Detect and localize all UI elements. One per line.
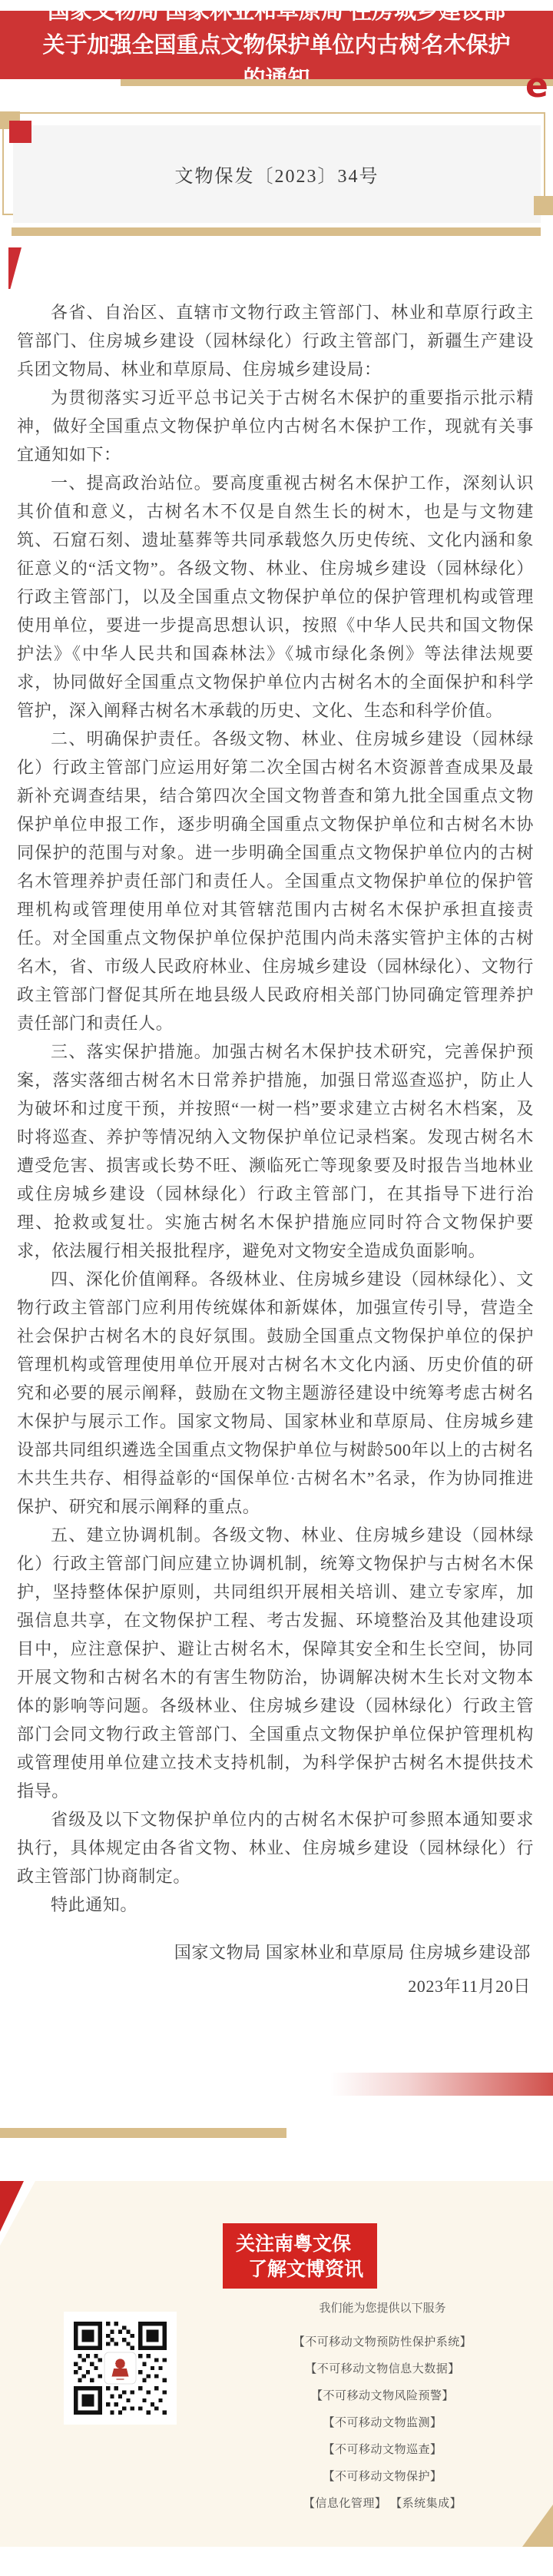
- tan-right-square: [534, 196, 553, 215]
- qr-center-seal-logo: [104, 2352, 136, 2384]
- paragraph-item-2: 二、明确保护责任。各级文物、林业、住房城乡建设（园林绿化）行政主管部门应运用好第…: [17, 725, 534, 1037]
- footer-section: 关注南粤文保 了解文博资讯: [0, 2181, 553, 2547]
- signature-organizations: 国家文物局 国家林业和草原局 住房城乡建设部: [17, 1936, 531, 1970]
- service-item: 【信息化管理】 【系统集成】: [212, 2490, 553, 2517]
- qr-code: [64, 2312, 177, 2425]
- paragraph-item-3: 三、落实保护措施。加强古树名木保护技术研究，完善保护预案，落实落细古树名木日常养…: [17, 1037, 534, 1265]
- services-list: 我们能为您提供以下服务 【不可移动文物预防性保护系统】 【不可移动文物信息大数据…: [212, 2301, 553, 2517]
- service-item: 【不可移动文物风险预警】: [212, 2382, 553, 2409]
- doc-number-panel: 文物保发〔2023〕34号: [13, 125, 541, 223]
- cta-line-1: 关注南粤文保: [223, 2232, 377, 2257]
- banner-underline-bar: [121, 79, 553, 86]
- bottom-margin: [0, 2547, 553, 2576]
- services-intro: 我们能为您提供以下服务: [212, 2301, 553, 2316]
- paragraph-provincial: 省级及以下文物保护单位内的古树名木保护可参照本通知要求执行，具体规定由各省文物、…: [17, 1805, 534, 1891]
- signature-date: 2023年11月20日: [17, 1970, 531, 2003]
- qr-code-image: [70, 2318, 171, 2418]
- signature-block: 国家文物局 国家林业和草原局 住房城乡建设部 2023年11月20日: [17, 1936, 534, 2003]
- header-banner: 国家文物局 国家林业和草原局 住房城乡建设部关于加强全国重点文物保护单位内古树名…: [0, 11, 553, 79]
- paragraph-item-1: 一、提高政治站位。要高度重视古树名木保护工作，深刻认识其价值和意义，古树名木不仅…: [17, 469, 534, 725]
- red-flag-decoration: [8, 247, 22, 289]
- service-item: 【不可移动文物巡查】: [212, 2436, 553, 2463]
- paragraph-item-5: 五、建立协调机制。各级文物、林业、住房城乡建设（园林绿化）行政主管部门间应建立协…: [17, 1521, 534, 1805]
- paragraph-intro: 为贯彻落实习近平总书记关于古树名木保护的重要指示批示精神，做好全国重点文物保护单…: [17, 383, 534, 469]
- service-item: 【不可移动文物预防性保护系统】: [212, 2329, 553, 2355]
- service-item: 【不可移动文物监测】: [212, 2409, 553, 2436]
- doc-number: 文物保发〔2023〕34号: [175, 161, 379, 188]
- cta-line-2: 了解文博资讯: [223, 2257, 377, 2282]
- notice-page: 国家文物局 国家林业和草原局 住房城乡建设部关于加强全国重点文物保护单位内古树名…: [0, 0, 553, 2576]
- tan-divider-bar: [12, 227, 541, 236]
- paragraph-closing: 特此通知。: [17, 1891, 534, 1919]
- ribbon-e-decoration: e: [525, 69, 548, 103]
- follow-cta-banner[interactable]: 关注南粤文保 了解文博资讯: [223, 2223, 377, 2289]
- tan-footer-bar: [0, 2128, 286, 2138]
- notice-body: 各省、自治区、直辖市文物行政主管部门、林业和草原行政主管部门、住房城乡建设（园林…: [17, 298, 534, 2003]
- red-corner-square: [9, 121, 31, 143]
- red-gradient-bar: [330, 2073, 553, 2096]
- paragraph-salutation: 各省、自治区、直辖市文物行政主管部门、林业和草原行政主管部门、住房城乡建设（园林…: [17, 298, 534, 383]
- service-item: 【不可移动文物信息大数据】: [212, 2355, 553, 2382]
- paragraph-item-4: 四、深化价值阐释。各级林业、住房城乡建设（园林绿化）、文物行政主管部门应利用传统…: [17, 1265, 534, 1521]
- service-item: 【不可移动文物保护】: [212, 2463, 553, 2490]
